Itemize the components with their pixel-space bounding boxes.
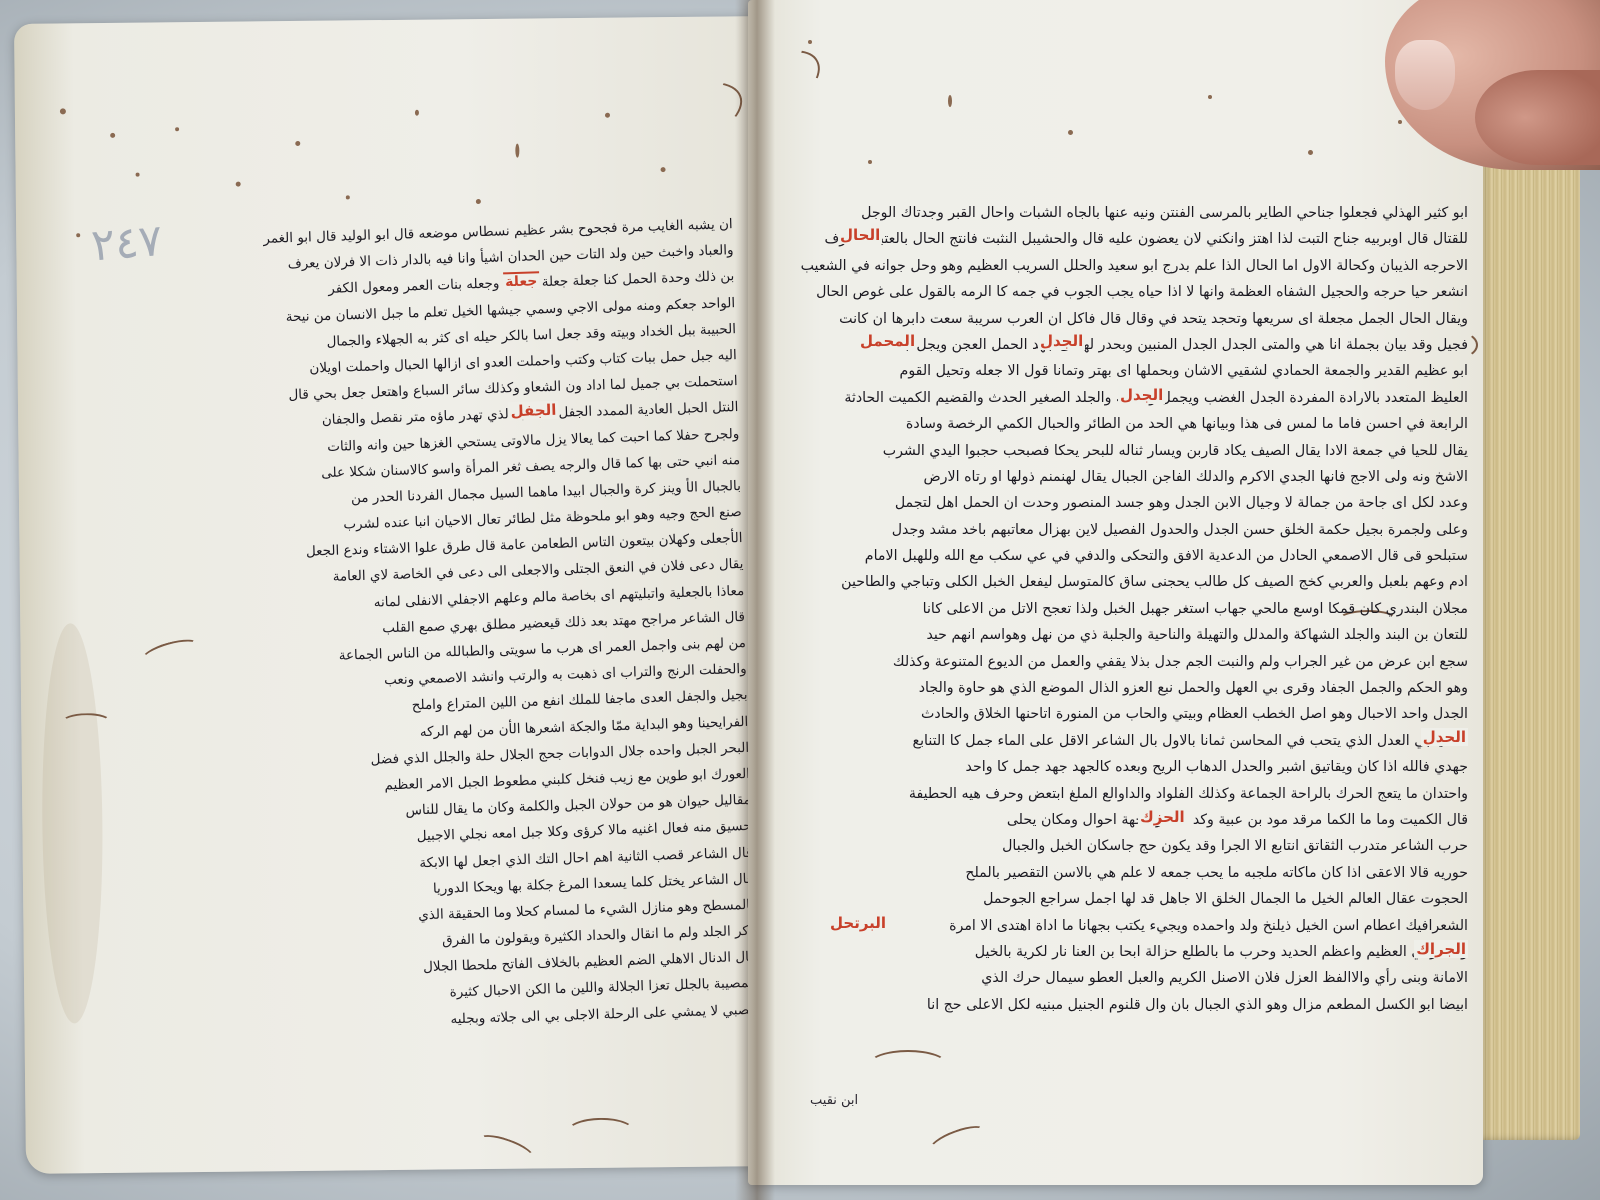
- wormtrack: [565, 1117, 635, 1148]
- wormhole: [868, 160, 872, 164]
- rubric-headword: الحزك: [1138, 808, 1187, 826]
- text-line: حوريه قالا الاعقى اذا كان ماكاته ملجبه م…: [768, 860, 1468, 886]
- text-line: مجلان البندري كان قمكا اوسع مالحي جهاب ا…: [768, 596, 1468, 622]
- text-line: ستبلحو قى قال الاصمعي الحادل من الدعدية …: [768, 543, 1468, 569]
- left-text-block: ان يشبه الغايب مرة فجحوح بشر عظيم نسطاس …: [223, 211, 759, 1057]
- text-line: الامانة وبنى رأي والاالفظ العزل فلان الا…: [768, 965, 1468, 991]
- wormhole: [605, 113, 610, 118]
- fingernail: [1395, 40, 1455, 110]
- rubric-headword: الجدل: [1118, 386, 1165, 404]
- wormhole: [515, 144, 519, 158]
- text-line: حرب الشاعر متدرب الثقاتق انتابع الا الجر…: [768, 833, 1468, 859]
- folio-number: ٢٤٧: [89, 215, 164, 272]
- page-edge-stack: [1470, 110, 1580, 1140]
- wormhole: [476, 199, 481, 204]
- text-line: قال الكميت وما ما الكما مرقد مود بن عبية…: [768, 807, 1468, 833]
- wormtrack: [474, 1129, 537, 1168]
- text-line: وعدد لكل اى جاحة من جمالة لا وجيال الابن…: [768, 490, 1468, 516]
- text-line: الحجوت عقال العالم الخيل ما الجمال الخلق…: [768, 886, 1468, 912]
- wormhole: [175, 127, 179, 131]
- wormhole: [415, 110, 419, 116]
- wormtrack: [618, 68, 751, 166]
- wormhole: [136, 173, 140, 177]
- text-line: وعلى ولجمرة بجيل حكمة الخلق حسن الجدل وا…: [768, 517, 1468, 543]
- rubric-headword: الجفل: [508, 401, 558, 421]
- wormhole: [76, 233, 80, 237]
- text-line: الجدل واحد الاحبال وهو اصل الخطب العظام …: [768, 701, 1468, 727]
- text-line: ويقال الحال الجمل مجعلة اى سريعها وتحجد …: [768, 306, 1468, 332]
- wormhole: [295, 141, 300, 146]
- wormtrack: [139, 635, 202, 670]
- rubric-headword: البرتحل: [828, 914, 888, 932]
- rubric-headword: الجدل: [1038, 332, 1085, 350]
- rubric-headword: المحمل: [858, 332, 917, 350]
- text-line: الاحرجه الذيبان وكحالة الاول اما الحال ا…: [768, 253, 1468, 279]
- text-line: وهو الحكم والجمل الجفاد وقرى بي العهل وا…: [768, 675, 1468, 701]
- text-line: جهدي فالله اذا كان ويقاتيق اشبر والحدل ا…: [768, 754, 1468, 780]
- right-page: ابو كثير الهذلي فجعلوا جناحي الطاير بالم…: [748, 0, 1483, 1185]
- rubric-headword: الحال: [838, 226, 882, 244]
- text-line: واحتدان ما يتعج الحرك بالراحة الجماعة وك…: [768, 781, 1468, 807]
- text-line: الاشخ ونه ولى الاجج فانها الجدي الاكرم و…: [768, 464, 1468, 490]
- text-line: للتعان بن البند والجلد الشهاكة والمدلل و…: [768, 622, 1468, 648]
- wormtrack: [868, 1050, 948, 1080]
- wormhole: [1208, 95, 1212, 99]
- wormhole: [1398, 120, 1402, 124]
- wormtrack: [61, 713, 111, 732]
- finger-knuckle: [1475, 70, 1600, 165]
- text-line: ابو عظيم القدير والجمعة الحمادي لشقيي ال…: [768, 358, 1468, 384]
- edge-stain: [40, 623, 104, 1024]
- text-line: ادم وعهم بلعبل والعربي كخج الصيف كل طالب…: [768, 569, 1468, 595]
- rubric-headword: الجراك: [1414, 940, 1468, 958]
- text-line: لامحيا بي العدل الذي يتحب في المحاسن ثما…: [768, 728, 1468, 754]
- rubric-headword: جعلة: [503, 271, 540, 290]
- left-page: ٢٤٧ ان يشبه الغايب مرة فجحوح بشر عظيم نس…: [14, 16, 766, 1174]
- wormhole: [236, 182, 241, 187]
- text-line: ابو كثير الهذلي فجعلوا جناحي الطاير بالم…: [768, 200, 1468, 226]
- text-line: يقال للحيا في جمعة الادا يقال الصيف يكاد…: [768, 438, 1468, 464]
- wormhole: [948, 95, 952, 107]
- wormtrack: [926, 1120, 989, 1159]
- book-spine-gutter: [735, 0, 775, 1200]
- rubric-headword: الحدل: [1421, 728, 1468, 746]
- text-line: انشعر حيا حرجه والحجيل الشفاه العظمة وان…: [768, 279, 1468, 305]
- text-line: ابيضا ابو الكسل المطعم مزال وهو الذي الج…: [768, 992, 1468, 1018]
- wormhole: [808, 40, 812, 44]
- wormhole: [1308, 150, 1313, 155]
- right-text-block: ابو كثير الهذلي فجعلوا جناحي الطاير بالم…: [768, 200, 1468, 1040]
- wormhole: [661, 167, 666, 172]
- wormhole: [60, 108, 66, 114]
- wormhole: [346, 195, 350, 199]
- wormhole: [110, 133, 115, 138]
- catchword: ابن نقيب: [810, 1093, 858, 1108]
- wormhole: [1068, 130, 1073, 135]
- text-line: سجع ابن عرض من غير الجراب ولم والنبت الج…: [768, 649, 1468, 675]
- text-line: والمعرفي العظيم واعظم الحديد وحرب ما بال…: [768, 939, 1468, 965]
- text-line: الرابعة في احسن فاما ما لمس فى هذا وبيان…: [768, 411, 1468, 437]
